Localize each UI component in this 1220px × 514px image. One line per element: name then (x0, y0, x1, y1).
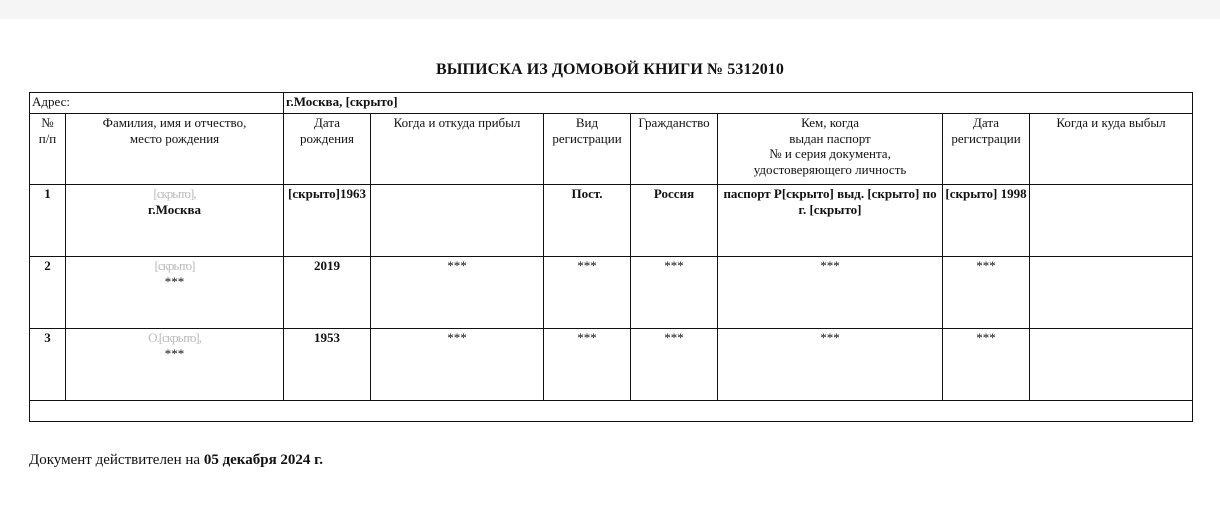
empty-cell (30, 401, 1193, 422)
arrived: *** (371, 329, 544, 401)
header-number: №п/п (30, 114, 66, 185)
top-bar (0, 0, 1220, 19)
registration-type: *** (544, 257, 631, 329)
registration-type: *** (544, 329, 631, 401)
arrived (371, 185, 544, 257)
departed (1030, 329, 1193, 401)
citizenship: *** (631, 329, 718, 401)
passport: *** (718, 329, 943, 401)
birth-date: 1953 (284, 329, 371, 401)
arrived: *** (371, 257, 544, 329)
document-title: ВЫПИСКА ИЗ ДОМОВОЙ КНИГИ № 5312010 (0, 61, 1220, 79)
header-registration-date: Датарегистрации (943, 114, 1030, 185)
table-row: 3 О.[скрыто], *** 1953 *** *** *** *** *… (30, 329, 1193, 401)
table-row: 2 [скрыто] *** 2019 *** *** *** *** *** (30, 257, 1193, 329)
address-label: Адрес: (30, 93, 284, 114)
departed (1030, 185, 1193, 257)
resident-name-cell: О.[скрыто], *** (66, 329, 284, 401)
row-number: 3 (30, 329, 66, 401)
house-book-table: Адрес: г.Москва, [скрыто] №п/п Фамилия, … (29, 92, 1193, 422)
resident-name-cell: [скрыто], г.Москва (66, 185, 284, 257)
registration-type: Пост. (544, 185, 631, 257)
header-passport: Кем, когдавыдан паспорт№ и серия докумен… (718, 114, 943, 185)
header-arrived: Когда и откуда прибыл (371, 114, 544, 185)
citizenship: Россия (631, 185, 718, 257)
passport: *** (718, 257, 943, 329)
header-departed: Когда и куда выбыл (1030, 114, 1193, 185)
header-full-name: Фамилия, имя и отчество,место рождения (66, 114, 284, 185)
validity-note: Документ действителен на 05 декабря 2024… (29, 452, 323, 469)
birth-date: [скрыто]1963 (284, 185, 371, 257)
validity-date: 05 декабря 2024 г. (204, 452, 323, 468)
birth-date: 2019 (284, 257, 371, 329)
passport: паспорт Р[скрыто] выд. [скрыто] по г. [с… (718, 185, 943, 257)
address-value: г.Москва, [скрыто] (284, 93, 1193, 114)
registration-date: *** (943, 257, 1030, 329)
validity-prefix: Документ действителен на (29, 452, 204, 468)
resident-name: О.[скрыто], (68, 330, 281, 346)
resident-name-cell: [скрыто] *** (66, 257, 284, 329)
header-birth-date: Датарождения (284, 114, 371, 185)
table-row: 1 [скрыто], г.Москва [скрыто]1963 Пост. … (30, 185, 1193, 257)
citizenship: *** (631, 257, 718, 329)
departed (1030, 257, 1193, 329)
resident-name: [скрыто] (68, 258, 281, 274)
address-row: Адрес: г.Москва, [скрыто] (30, 93, 1193, 114)
registration-date: *** (943, 329, 1030, 401)
resident-birthplace: г.Москва (68, 202, 281, 218)
row-number: 2 (30, 257, 66, 329)
resident-birthplace: *** (68, 274, 281, 290)
empty-row (30, 401, 1193, 422)
resident-name: [скрыто], (68, 186, 281, 202)
row-number: 1 (30, 185, 66, 257)
resident-birthplace: *** (68, 346, 281, 362)
header-citizenship: Гражданство (631, 114, 718, 185)
header-row: №п/п Фамилия, имя и отчество,место рожде… (30, 114, 1193, 185)
registration-date: [скрыто] 1998 (943, 185, 1030, 257)
header-registration-type: Видрегистрации (544, 114, 631, 185)
